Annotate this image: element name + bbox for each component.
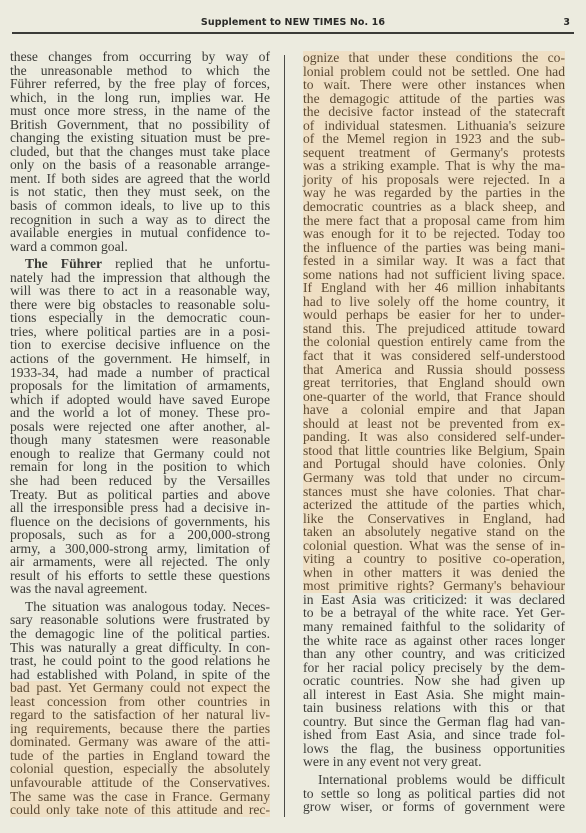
text-line: sequent treatment of Germany's protests	[303, 146, 565, 160]
text-line: least concession from other countries in	[10, 695, 270, 709]
text-line: 1933-34, had made a number of practical	[10, 366, 270, 380]
text-line: that America and Russia should possess	[303, 363, 565, 377]
text-line: the white race as against other races lo…	[303, 634, 565, 648]
text-line: the colonial question entirely came from…	[303, 335, 565, 349]
text-line: available energies in mutual confidence …	[10, 226, 270, 240]
text-line: International problems would be difficul…	[303, 773, 565, 787]
text-line: lonial problem could not be settled. One…	[303, 65, 565, 79]
text-line: one-quarter of the world, that France sh…	[303, 390, 565, 404]
text-line: enough to realize that Germany could not	[10, 447, 270, 461]
text-line: ing requirements, because there the part…	[10, 722, 270, 736]
column-divider	[284, 55, 285, 817]
text-line: and the world a lot of money. These pro-	[10, 406, 270, 420]
text-line: many remained faithful to the solidarity…	[303, 620, 565, 634]
text-line: democratic countries as a black sheep, a…	[303, 200, 565, 214]
text-line: is not static, then they must seek, on t…	[10, 185, 270, 199]
text-line: was a striking example. That is why the …	[303, 159, 565, 173]
text-line: and Portugal should have colonies. Only	[303, 457, 565, 471]
text-line: ment. If both sides are agreed that the …	[10, 172, 270, 186]
text-line: posals were rejected one after another, …	[10, 420, 270, 434]
text-line: could only take note of this attitude an…	[10, 803, 270, 817]
text-line: fluence on the decisions of governments,…	[10, 515, 270, 529]
text-line: changing the existing situation must be …	[10, 131, 270, 145]
highlighted-passage[interactable]: bad past. Yet Germany could not expect t…	[10, 681, 270, 816]
text-line: remain for long in the position to which	[10, 460, 270, 474]
text-line: viting a country to positive co-operatio…	[303, 552, 565, 566]
highlighted-passage[interactable]: ognize that under these conditions the c…	[303, 51, 565, 593]
text-line: fact that it was considered self-underst…	[303, 349, 565, 363]
text-line: like the Conservatives in England, had	[303, 512, 565, 526]
text-line: most primitive rights? Germany's behavio…	[303, 579, 565, 593]
text-line: army, a 300,000-strong army, limitation …	[10, 542, 270, 556]
text-line: tries, where political parties are in a …	[10, 325, 270, 339]
text-line: unfavourable attitude of the Conservativ…	[10, 776, 270, 790]
text-line: had to live solely off the home country,…	[303, 295, 565, 309]
paragraph: The Führer replied that he unfortu- nate…	[10, 257, 270, 596]
text-line: the influence of the parties was being m…	[303, 241, 565, 255]
text-line: which, in the long run, implies war. He	[10, 91, 270, 105]
text-line: bad past. Yet Germany could not expect t…	[10, 681, 270, 695]
text-line: Führer referred, by the free play of for…	[10, 77, 270, 91]
text-line: will was there to act in a reasonable wa…	[10, 284, 270, 298]
text-line: country. But since the German flag had v…	[303, 715, 565, 729]
text-line: colonial question, especially the absolu…	[10, 762, 270, 776]
text-line: to wait. There were other instances when	[303, 78, 565, 92]
text-line: was enough for it to be rejected. Today …	[303, 227, 565, 241]
speaker-name: The Führer	[25, 256, 102, 271]
text-line: nately had the impression that although …	[10, 271, 270, 285]
text-line: these changes from occurring by way of	[10, 50, 270, 64]
text-line: had established with Poland, in spite of…	[10, 668, 270, 682]
text-line: cluded, but that the changes must take p…	[10, 145, 270, 159]
text-line: fested in a similar way. It was a fact t…	[303, 254, 565, 268]
text-line: British Government, that no possibility …	[10, 118, 270, 132]
text-line: The Führer replied that he unfortu-	[10, 257, 270, 271]
text-line: all interest in East Asia. She might mai…	[303, 688, 565, 702]
text-line: panding. It was also considered self-und…	[303, 430, 565, 444]
text-line: If England with her 46 million inhabitan…	[303, 281, 565, 295]
text-line: would perhaps be easier for her to under…	[303, 308, 565, 322]
text-line: there were big obstacles to reasonable s…	[10, 298, 270, 312]
text-line: the demagogic attitude of the parties wa…	[303, 92, 565, 106]
text-line: colonial question. What was the sense of…	[303, 539, 565, 553]
text-line: the decisive factor instead of the state…	[303, 105, 565, 119]
text-line: should at least not be prevented from ex…	[303, 417, 565, 431]
text-line: must once more stress, in the name of th…	[10, 104, 270, 118]
text-line: she had been reduced by the Versailles	[10, 474, 270, 488]
text-line: stand this. The prejudiced attitude towa…	[303, 322, 565, 336]
publication-title: Supplement to NEW TIMES No. 16	[12, 17, 574, 28]
text-line: ocratic countries. Now she had given up	[303, 674, 565, 688]
text-line: some nations had not sufficient living s…	[303, 268, 565, 282]
text-line: all the irresponsible press had a decisi…	[10, 501, 270, 515]
text-line: of the Memel region in 1923 and the sub-	[303, 132, 565, 146]
text-line: were in any event not very great.	[303, 755, 565, 769]
text-line: acterized the attitude of the parties wh…	[303, 498, 565, 512]
text-line: sary reasonable solutions were frustrate…	[10, 613, 270, 627]
text-line: in East Asia was criticized: it was decl…	[303, 593, 565, 607]
text-line: The same was the case in France. Germany	[10, 790, 270, 804]
text-line: tain business relations with this or tha…	[303, 701, 565, 715]
right-column: ognize that under these conditions the c…	[303, 51, 565, 818]
text-line: The situation was analogous today. Neces…	[10, 600, 270, 614]
text-line: proposals for the limitation of armament…	[10, 379, 270, 393]
text-line: grow wiser, or forms of government were	[303, 800, 565, 814]
paragraph: International problems would be difficul…	[303, 773, 565, 814]
text-line: great territories, that England should o…	[303, 376, 565, 390]
text-line: recognition in such a way as to direct t…	[10, 213, 270, 227]
text-line: jority of his proposals were rejected. I…	[303, 173, 565, 187]
page-number: 3	[563, 17, 570, 28]
text-line: tude of the parties in England toward th…	[10, 749, 270, 763]
text-line: lows the flag, the business opportunitie…	[303, 742, 565, 756]
text-line: stances must she have colonies. That cha…	[303, 485, 565, 499]
text-line: was the naval agreement.	[10, 582, 270, 596]
text-line: of individual statesmen. Lithuania's sei…	[303, 119, 565, 133]
text-line: proposals, such as for a 200,000-strong	[10, 528, 270, 542]
running-header: Supplement to NEW TIMES No. 16 3	[12, 0, 574, 34]
text-line: the mere fact that a proposal came from …	[303, 214, 565, 228]
text-line: way he was regarded by the parties in th…	[303, 186, 565, 200]
text-line: trast, he could point to the good relati…	[10, 654, 270, 668]
text-line: regard to the satisfaction of her natura…	[10, 708, 270, 722]
text-line: Treaty. But as political parties and abo…	[10, 488, 270, 502]
text-line: basis of common ideals, to live up to th…	[10, 199, 270, 213]
text-line: the demagogic line of the political part…	[10, 627, 270, 641]
paragraph: ognize that under these conditions the c…	[303, 51, 565, 769]
left-column: these changes from occurring by way of t…	[10, 50, 270, 821]
text-line: result of his efforts to settle these qu…	[10, 569, 270, 583]
text-line: to settle so long as political parties d…	[303, 787, 565, 801]
header-rule	[12, 32, 574, 34]
paragraph: these changes from occurring by way of t…	[10, 50, 270, 253]
text-line: when in other matters it was denied the	[303, 566, 565, 580]
text-line: tions especially in the democratic coun-	[10, 311, 270, 325]
text-line: than any other country, and was criticiz…	[303, 647, 565, 661]
text-line: dominated. Germany was aware of the atti…	[10, 735, 270, 749]
text-line: for her racial policy precisely by the d…	[303, 661, 565, 675]
text-line: only on the basis of a reasonable arrang…	[10, 158, 270, 172]
text-line: which if adopted would have saved Europe	[10, 393, 270, 407]
text-line: This was naturally a great difficulty. I…	[10, 641, 270, 655]
text-line: to be a betrayal of the white race. Yet …	[303, 606, 565, 620]
text-line: taken an absolutely negative stand on th…	[303, 525, 565, 539]
text-line: actions of the government. He himself, i…	[10, 352, 270, 366]
text-line: ognize that under these conditions the c…	[303, 51, 565, 65]
text-line: Germany was told that under no circum-	[303, 471, 565, 485]
paragraph: The situation was analogous today. Neces…	[10, 600, 270, 817]
text-line: have a colonial empire and that Japan	[303, 403, 565, 417]
text-line: the unreasonable method to which the	[10, 64, 270, 78]
text-line: though many statesmen were reasonable	[10, 433, 270, 447]
text-line: ished from East Asia, and since trade fo…	[303, 728, 565, 742]
text-line: stood that little countries like Belgium…	[303, 444, 565, 458]
text-line: ward a common goal.	[10, 240, 270, 254]
text-line: air armaments, were all rejected. The on…	[10, 555, 270, 569]
text-line: tion to exercise decisive influence on t…	[10, 338, 270, 352]
